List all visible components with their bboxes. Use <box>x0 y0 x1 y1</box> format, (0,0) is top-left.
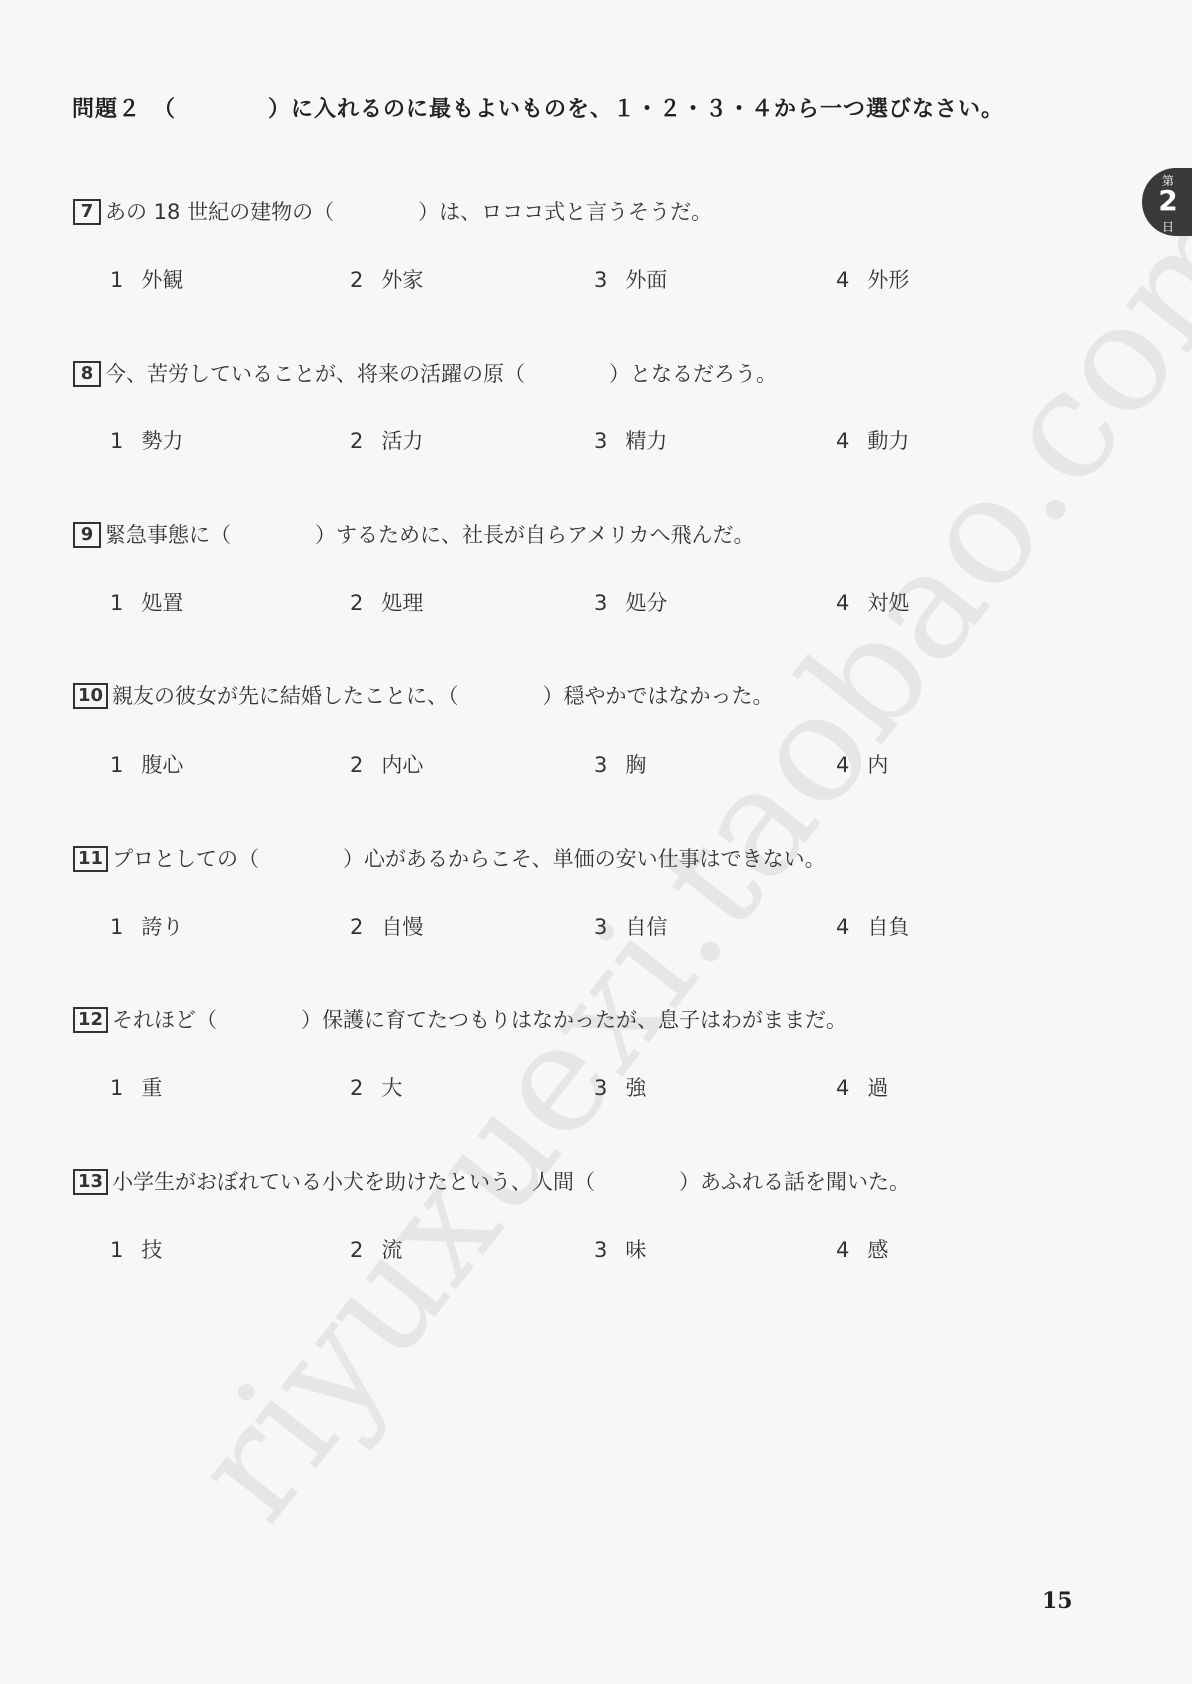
question-text: 今、苦労していることが、将来の活躍の原（ ）となるだろう。 <box>105 362 777 386</box>
question-13: 13小学生がおぼれている小犬を助けたという、人間（ ）あふれる話を聞いた。 <box>73 1166 910 1196</box>
option[interactable]: 3味 <box>594 1234 646 1264</box>
option[interactable]: 2自慢 <box>350 911 423 941</box>
option[interactable]: 3自信 <box>594 911 667 941</box>
question-number: 12 <box>73 1007 108 1033</box>
option[interactable]: 4対処 <box>836 587 909 617</box>
option[interactable]: 2内心 <box>350 749 423 779</box>
option[interactable]: 1技 <box>110 1234 162 1264</box>
day-tab: 第 2 日 <box>1142 168 1192 236</box>
option[interactable]: 3精力 <box>594 425 667 455</box>
option[interactable]: 4外形 <box>836 264 909 294</box>
option[interactable]: 4動力 <box>836 425 909 455</box>
question-7: 7あの 18 世紀の建物の（ ）は、ロココ式と言うそうだ。 <box>73 196 712 226</box>
option[interactable]: 4自負 <box>836 911 909 941</box>
question-10: 10親友の彼女が先に結婚したことに、（ ）穏やかではなかった。 <box>73 680 774 710</box>
option[interactable]: 4内 <box>836 749 888 779</box>
option[interactable]: 4感 <box>836 1234 888 1264</box>
page-number: 15 <box>1042 1588 1073 1614</box>
day-tab-number: 2 <box>1154 184 1182 217</box>
question-9: 9緊急事態に（ ）するために、社長が自らアメリカへ飛んだ。 <box>73 519 755 549</box>
question-number: 7 <box>73 199 101 225</box>
watermark-text: riyuxuexi.taobao.com <box>160 262 1192 1551</box>
option[interactable]: 2活力 <box>350 425 423 455</box>
question-12: 12それほど（ ）保護に育てたつもりはなかったが、息子はわがままだ。 <box>73 1004 847 1034</box>
question-number: 10 <box>73 683 108 709</box>
option[interactable]: 3強 <box>594 1072 646 1102</box>
option[interactable]: 3外面 <box>594 264 667 294</box>
question-number: 11 <box>73 846 108 872</box>
option[interactable]: 3処分 <box>594 587 667 617</box>
option[interactable]: 1処置 <box>110 587 183 617</box>
question-text: プロとしての（ ）心があるからこそ、単価の安い仕事はできない。 <box>112 847 826 871</box>
question-number: 13 <box>73 1169 108 1195</box>
question-text: それほど（ ）保護に育てたつもりはなかったが、息子はわがままだ。 <box>112 1008 847 1032</box>
question-text: あの 18 世紀の建物の（ ）は、ロココ式と言うそうだ。 <box>105 200 712 224</box>
option[interactable]: 2外家 <box>350 264 423 294</box>
question-text: 緊急事態に（ ）するために、社長が自らアメリカへ飛んだ。 <box>105 523 755 547</box>
day-tab-suffix: 日 <box>1158 218 1178 235</box>
question-8: 8今、苦労していることが、将来の活躍の原（ ）となるだろう。 <box>73 358 777 388</box>
section-instruction: 問題２ （ ）に入れるのに最もよいものを、１・２・３・４から一つ選びなさい。 <box>72 92 1004 123</box>
option[interactable]: 1外観 <box>110 264 183 294</box>
option[interactable]: 1誇り <box>110 911 183 941</box>
option[interactable]: 2大 <box>350 1072 402 1102</box>
question-text: 小学生がおぼれている小犬を助けたという、人間（ ）あふれる話を聞いた。 <box>112 1170 910 1194</box>
question-text: 親友の彼女が先に結婚したことに、（ ）穏やかではなかった。 <box>112 684 774 708</box>
question-11: 11プロとしての（ ）心があるからこそ、単価の安い仕事はできない。 <box>73 843 826 873</box>
option[interactable]: 1腹心 <box>110 749 183 779</box>
option[interactable]: 1重 <box>110 1072 162 1102</box>
option[interactable]: 4過 <box>836 1072 888 1102</box>
option[interactable]: 2処理 <box>350 587 423 617</box>
question-number: 9 <box>73 522 101 548</box>
option[interactable]: 2流 <box>350 1234 402 1264</box>
option[interactable]: 3胸 <box>594 749 646 779</box>
option[interactable]: 1勢力 <box>110 425 183 455</box>
question-number: 8 <box>73 361 101 387</box>
